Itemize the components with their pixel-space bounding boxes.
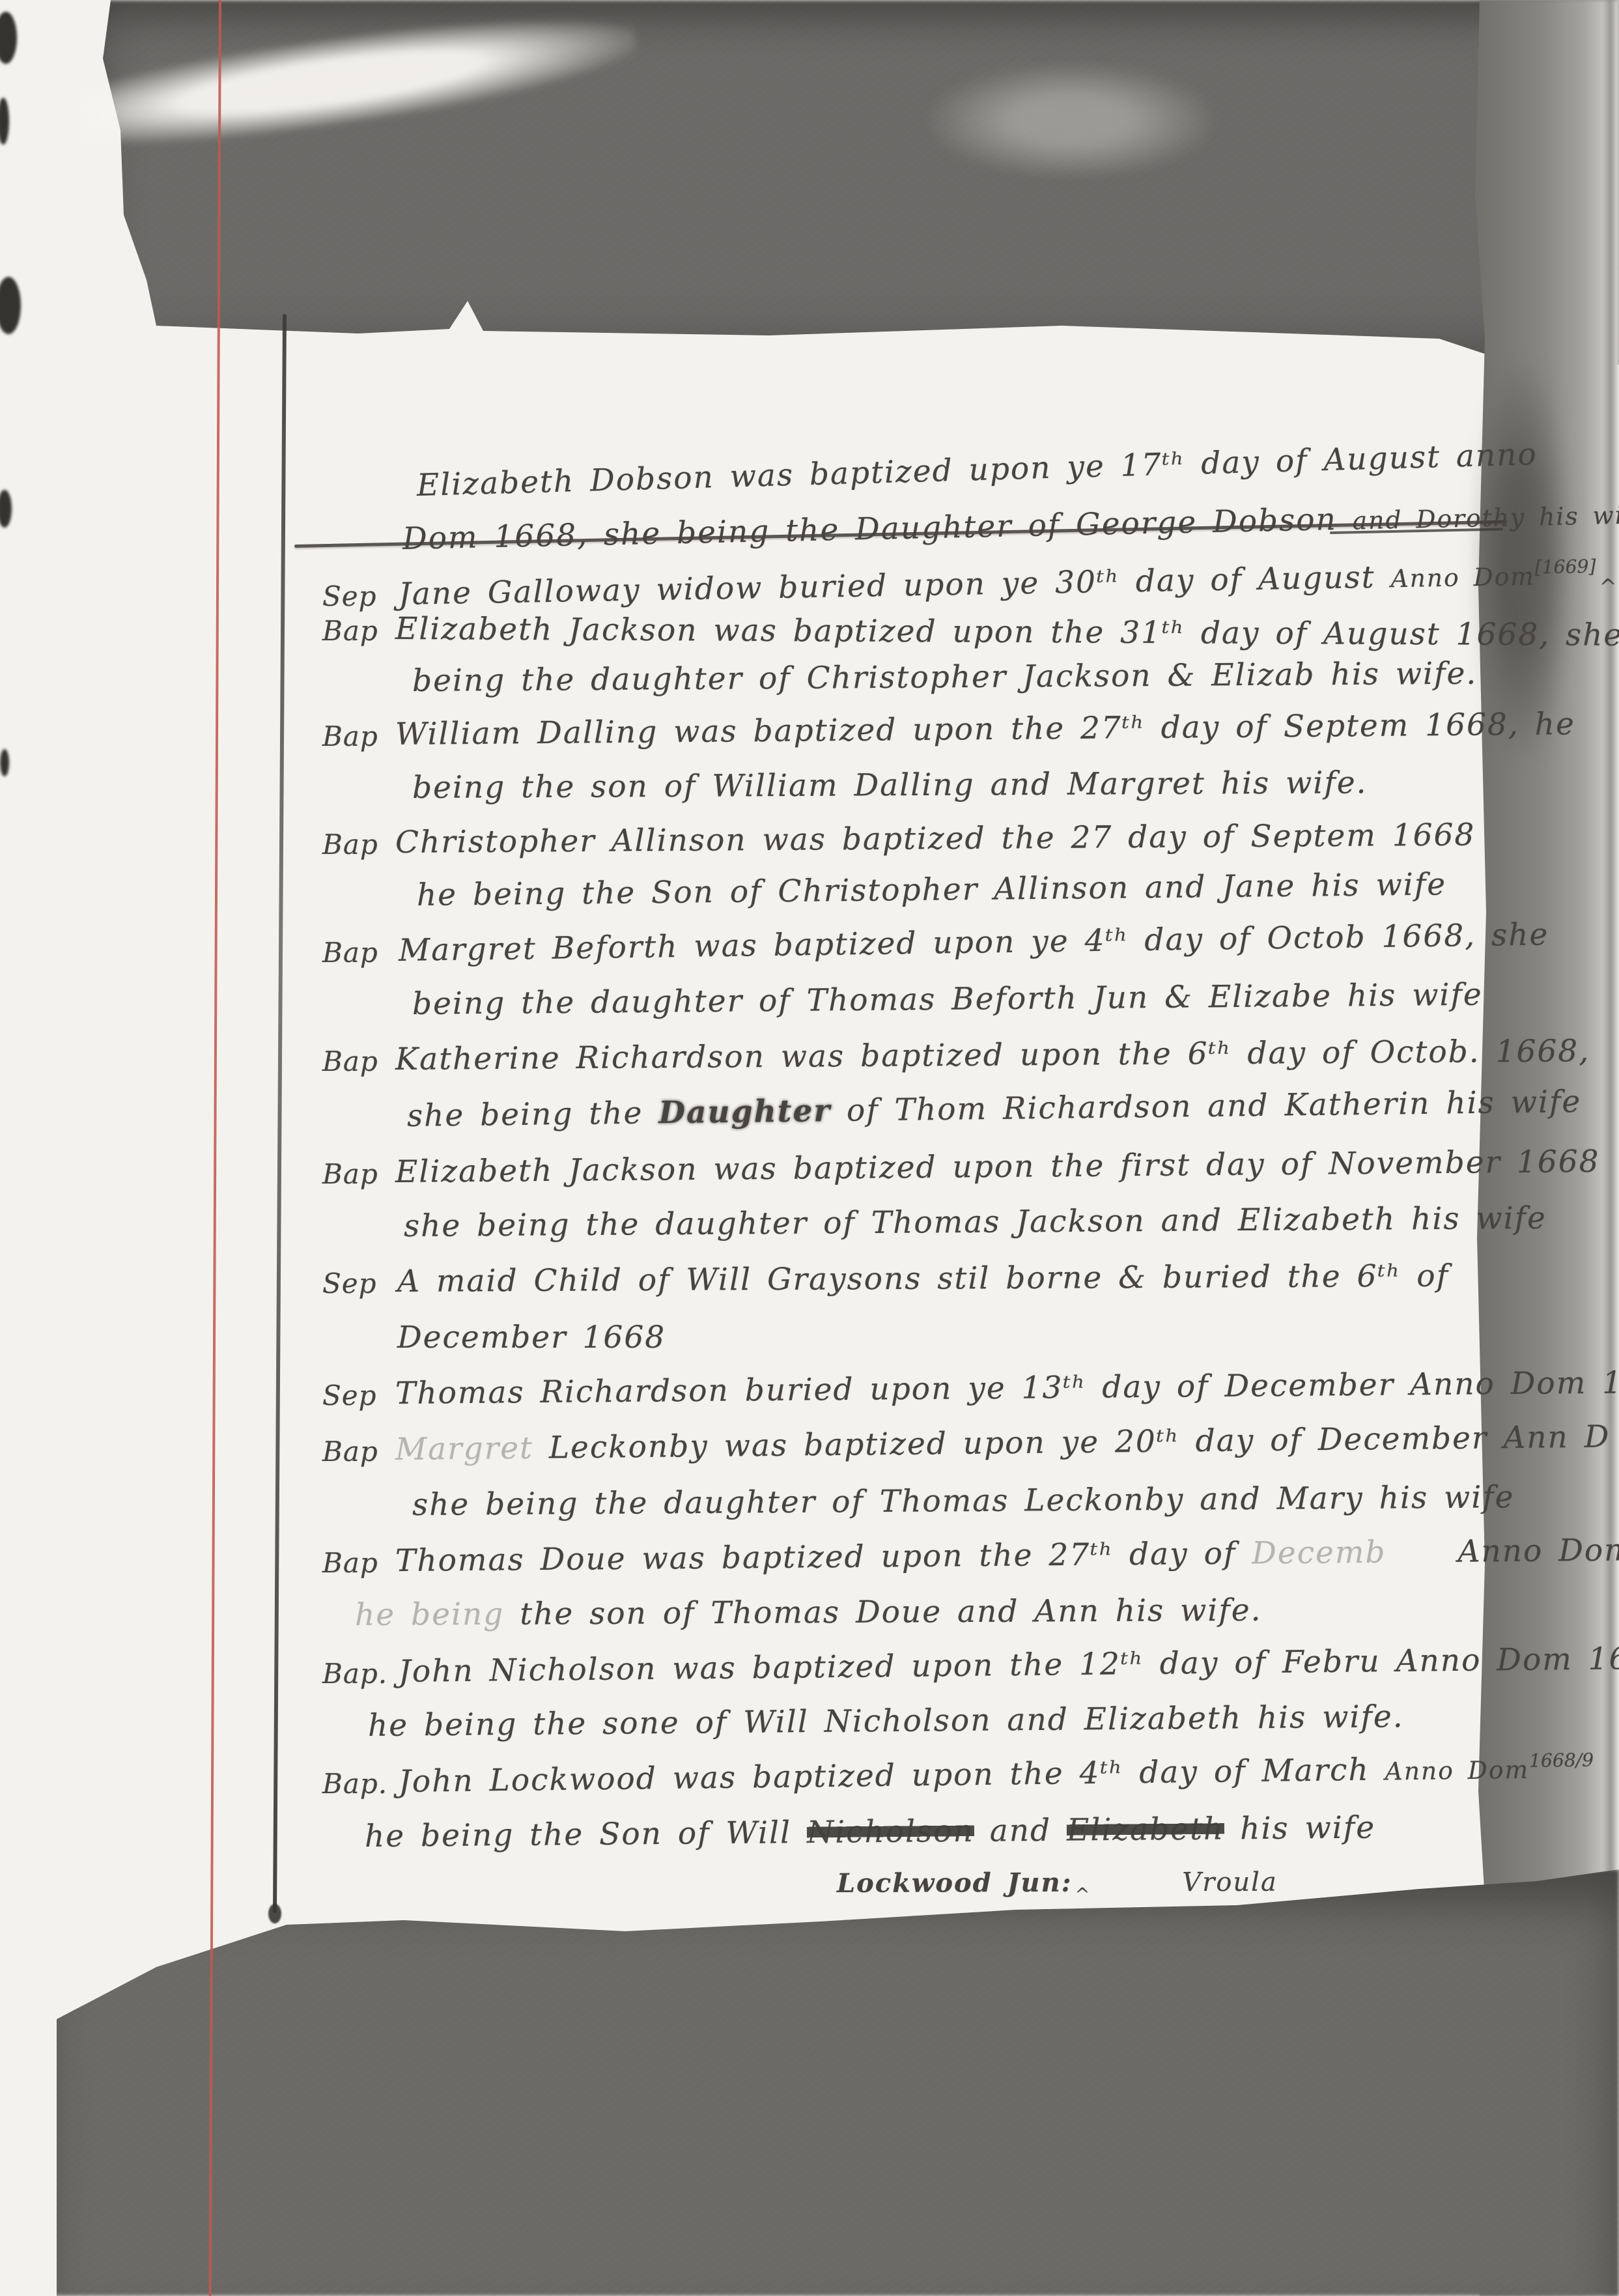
handwriting-segment: Vroula: [1091, 1867, 1278, 1898]
handwriting-segment: Elizabeth Dobson was baptized upon ye 17…: [416, 436, 1538, 503]
handwriting-segment: Anno Dom: [1390, 562, 1535, 593]
record-line: she being the daughter of Thomas Jackson…: [404, 1200, 1547, 1244]
margin-label: Bap: [322, 1045, 378, 1077]
handwriting-segment: being the son of William Dalling and Mar…: [412, 765, 1368, 806]
handwriting-segment: William Dalling was baptized upon the 27…: [395, 706, 1575, 752]
handwriting-segment: Margret: [395, 1430, 533, 1467]
handwriting-segment: Elizabeth: [1067, 1811, 1225, 1848]
record-line: John Lockwood was baptized upon the 4ᵗʰ …: [399, 1750, 1594, 1800]
record-line: Elizabeth Jackson was baptized upon the …: [395, 611, 1619, 653]
handwriting-segment: Lockwood Jun:: [837, 1867, 1073, 1899]
handwriting-segment: Anno Dom: [1385, 1755, 1529, 1786]
record-line: Lockwood Jun:^Vroula: [837, 1867, 1278, 1899]
photocopy-scan: Elizabeth Dobson was baptized upon ye 17…: [0, 0, 1619, 2296]
margin-label: Sep: [322, 1380, 377, 1411]
record-line: he being the sone of Will Nicholson and …: [368, 1699, 1404, 1744]
handwriting-segment: Anno Dom 1668: [1386, 1531, 1619, 1570]
margin-label: Bap: [322, 615, 378, 647]
margin-label: Bap: [322, 937, 378, 969]
record-line: he being the Son of Christopher Allinson…: [417, 866, 1447, 913]
record-line: John Nicholson was baptized upon the 12ᵗ…: [399, 1640, 1619, 1690]
handwriting-segment: of Thom Richardson and Katherin his wife: [831, 1084, 1582, 1129]
margin-label: Bap: [322, 1547, 378, 1579]
handwriting-segment: Daughter: [658, 1093, 831, 1131]
handwriting-segment: John Nicholson was baptized upon the 12ᵗ…: [399, 1640, 1619, 1690]
handwriting-segment: he being the Son of Will: [365, 1815, 807, 1854]
handwriting-segment: 1668/9: [1529, 1750, 1594, 1772]
margin-label: Bap: [322, 720, 378, 752]
record-line: Thomas Doue was baptized upon the 27ᵗʰ d…: [395, 1531, 1619, 1579]
handwriting-segment: Leckonby was baptized upon ye 20ᵗʰ day o…: [533, 1418, 1619, 1466]
handwriting-segment: John Lockwood was baptized upon the 4ᵗʰ …: [399, 1751, 1385, 1800]
record-line: Margret Beforth was baptized upon ye 4ᵗʰ…: [399, 916, 1549, 969]
record-line: Margret Leckonby was baptized upon ye 20…: [395, 1418, 1619, 1467]
record-line: she being the Daughter of Thom Richardso…: [407, 1084, 1582, 1134]
handwriting-segment: ^: [1075, 1884, 1091, 1905]
record-line: Katherine Richardson was baptized upon t…: [395, 1033, 1590, 1077]
handwriting-segment: and: [974, 1813, 1067, 1849]
handwriting-segment: his wife: [1224, 1809, 1375, 1847]
handwriting-segment: she being the daughter of Thomas Leckonb…: [412, 1479, 1515, 1523]
margin-label: Sep: [322, 1268, 377, 1299]
record-line: Elizabeth Dobson was baptized upon ye 17…: [416, 436, 1538, 503]
handwriting-segment: A maid Child of Will Graysons stil borne…: [397, 1258, 1449, 1299]
record-line: Thomas Richardson buried upon ye 13ᵗʰ da…: [395, 1365, 1619, 1411]
handwriting-segment: Elizabeth Jackson was baptized upon the …: [395, 1144, 1600, 1190]
handwriting-segment: Thomas Doue was baptized upon the 27ᵗʰ d…: [395, 1536, 1252, 1579]
handwriting-segment: ^: [1599, 574, 1618, 599]
margin-label: Bap: [322, 1436, 378, 1467]
margin-label: Bap.: [322, 1768, 387, 1800]
handwriting-segment: he being the sone of Will Nicholson and …: [368, 1699, 1404, 1744]
record-line: he being the Son of Will Nicholson and E…: [365, 1809, 1375, 1854]
margin-label: Sep: [322, 580, 377, 612]
record-line: Jane Galloway widow buried upon ye 30ᵗʰ …: [399, 555, 1618, 612]
handwriting-segment: she being the: [407, 1095, 659, 1134]
handwriting-segment: being the daughter of Christopher Jackso…: [412, 656, 1478, 699]
handwriting-segment: Christopher Allinson was baptized the 27…: [395, 817, 1476, 860]
handwriting-segment: Katherine Richardson was baptized upon t…: [395, 1033, 1590, 1077]
record-line: Christopher Allinson was baptized the 27…: [395, 817, 1476, 860]
record-line: A maid Child of Will Graysons stil borne…: [397, 1258, 1449, 1299]
record-line: being the daughter of Christopher Jackso…: [412, 656, 1478, 699]
handwriting-segment: Jane Galloway widow buried upon ye 30ᵗʰ …: [399, 559, 1391, 612]
manuscript-records: Elizabeth Dobson was baptized upon ye 17…: [0, 0, 1619, 2296]
handwriting-segment: Margret Beforth was baptized upon ye 4ᵗʰ…: [399, 916, 1549, 969]
handwriting-segment: he being: [355, 1596, 505, 1633]
record-line: being the daughter of Thomas Beforth Jun…: [412, 977, 1483, 1022]
record-line: Dom 1668, she being the Daughter of Geor…: [402, 495, 1619, 557]
margin-label: Bap: [322, 1158, 378, 1190]
handwriting-segment: Decemb: [1252, 1535, 1387, 1572]
handwriting-segment: Thomas Richardson buried upon ye 13ᵗʰ da…: [395, 1365, 1619, 1411]
handwriting-segment: Nicholson: [807, 1813, 974, 1850]
margin-label: Bap.: [322, 1658, 387, 1690]
handwriting-segment: he being the Son of Christopher Allinson…: [417, 866, 1447, 913]
record-line: Elizabeth Jackson was baptized upon the …: [395, 1144, 1600, 1190]
handwriting-segment: [1669]: [1534, 556, 1596, 578]
handwriting-segment: she being the daughter of Thomas Jackson…: [404, 1200, 1547, 1244]
record-line: he being the son of Thomas Doue and Ann …: [355, 1593, 1262, 1633]
record-line: being the son of William Dalling and Mar…: [412, 765, 1368, 806]
handwriting-segment: Dom 1668, she being the Daughter of Geor…: [402, 501, 1353, 557]
handwriting-segment: being the daughter of Thomas Beforth Jun…: [412, 977, 1483, 1022]
record-line: William Dalling was baptized upon the 27…: [395, 706, 1575, 752]
handwriting-segment: the son of Thomas Doue and Ann his wife.: [504, 1593, 1261, 1632]
margin-label: Bap: [322, 829, 378, 860]
handwriting-segment: December 1668: [397, 1320, 666, 1355]
handwriting-segment: and Dorothy his wife.: [1352, 500, 1619, 535]
handwriting-segment: Elizabeth Jackson was baptized upon the …: [395, 611, 1619, 653]
record-line: December 1668: [397, 1320, 666, 1355]
record-line: she being the daughter of Thomas Leckonb…: [412, 1479, 1515, 1523]
